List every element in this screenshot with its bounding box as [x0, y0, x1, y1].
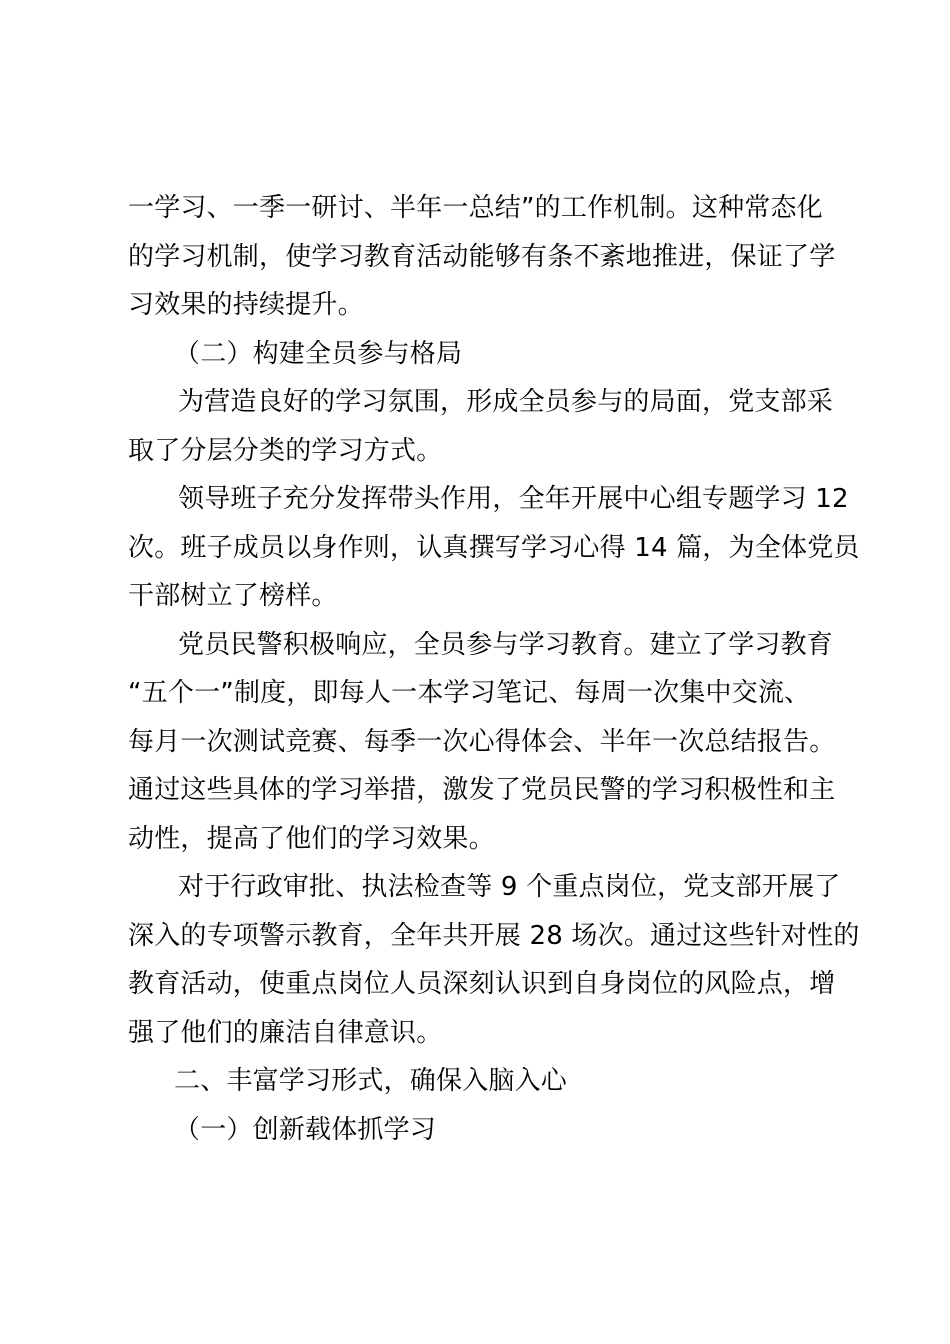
subheading-innovate-carriers: （一）创新载体抓学习 — [128, 1106, 832, 1155]
text-line: 每月一次测试竞赛、每季一次心得体会、半年一次总结报告。 — [128, 718, 832, 767]
text-line: 的学习机制，使学习教育活动能够有条不紊地推进，保证了学 — [128, 233, 832, 282]
text-line: 强了他们的廉洁自律意识。 — [128, 1009, 832, 1058]
text-line: 对于行政审批、执法检查等 9 个重点岗位，党支部开展了 — [128, 863, 832, 912]
section-heading-enrich-learning-forms: 二、丰富学习形式，确保入脑入心 — [128, 1057, 832, 1106]
text-line: 领导班子充分发挥带头作用，全年开展中心组专题学习 12 — [128, 475, 832, 524]
text-line: 次。班子成员以身作则，认真撰写学习心得 14 篇，为全体党员 — [128, 524, 832, 573]
text-line: 取了分层分类的学习方式。 — [128, 427, 832, 476]
text-line: 通过这些具体的学习举措，激发了党员民警的学习积极性和主 — [128, 766, 832, 815]
text-line: 为营造良好的学习氛围，形成全员参与的局面，党支部采 — [128, 378, 832, 427]
document-page: 一学习、一季一研讨、半年一总结”的工作机制。这种常态化 的学习机制，使学习教育活… — [128, 184, 832, 1154]
text-line: “五个一”制度，即每人一本学习笔记、每周一次集中交流、 — [128, 669, 832, 718]
text-line: 干部树立了榜样。 — [128, 572, 832, 621]
text-line: 教育活动，使重点岗位人员深刻认识到自身岗位的风险点，增 — [128, 960, 832, 1009]
text-line: 动性，提高了他们的学习效果。 — [128, 815, 832, 864]
subheading-build-full-participation: （二）构建全员参与格局 — [128, 330, 832, 379]
text-line: 党员民警积极响应，全员参与学习教育。建立了学习教育 — [128, 621, 832, 670]
text-line: 习效果的持续提升。 — [128, 281, 832, 330]
text-line: 一学习、一季一研讨、半年一总结”的工作机制。这种常态化 — [128, 184, 832, 233]
text-line: 深入的专项警示教育，全年共开展 28 场次。通过这些针对性的 — [128, 912, 832, 961]
